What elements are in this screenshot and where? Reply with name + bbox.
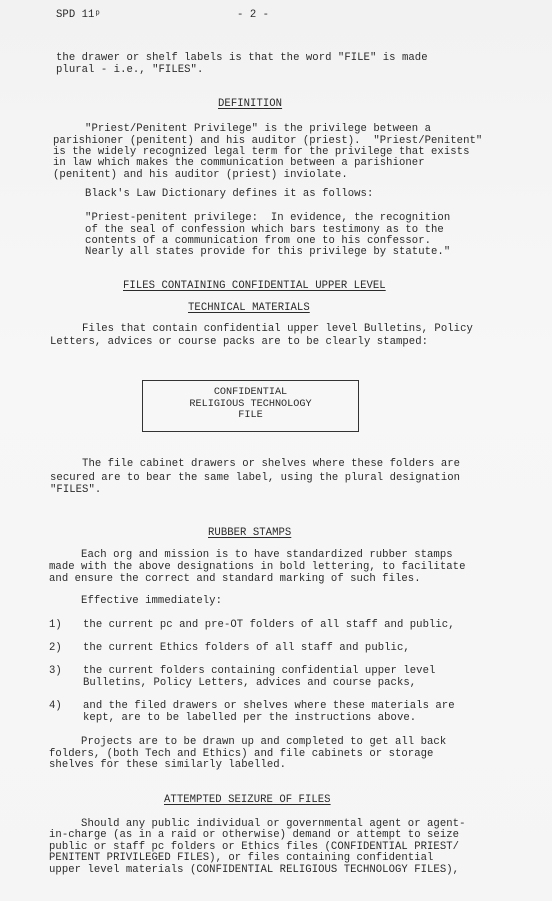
definition-para-line: in law which makes the communication bet… — [53, 158, 425, 170]
list-number: 2) — [49, 643, 62, 655]
list-item: the current folders containing confident… — [83, 666, 435, 678]
projects-para-line: Projects are to be drawn up and complete… — [49, 737, 446, 749]
seizure-para-line: PENITENT PRIVILEGED FILES), or files con… — [49, 853, 433, 865]
list-item: the current pc and pre-OT folders of all… — [83, 620, 455, 632]
definition-dictionary-intro: Black's Law Dictionary defines it as fol… — [53, 189, 373, 201]
technical-materials-heading: TECHNICAL MATERIALS — [188, 303, 310, 315]
effective-immediately: Effective immediately: — [49, 596, 222, 608]
list-number: 4) — [49, 701, 62, 713]
intro-line: plural - i.e., "FILES". — [56, 65, 203, 77]
page-number: - 2 - — [237, 10, 269, 22]
rubber-stamps-para-line: made with the above designations in bold… — [49, 562, 465, 574]
confidential-stamp-box: CONFIDENTIAL RELIGIOUS TECHNOLOGY FILE — [142, 380, 359, 432]
files-para-line: Letters, advices or course packs are to … — [50, 337, 428, 349]
definition-para-line: (penitent) and his auditor (priest) invi… — [53, 170, 348, 182]
list-item: Bulletins, Policy Letters, advices and c… — [83, 678, 416, 690]
stamp-line: CONFIDENTIAL — [143, 387, 358, 399]
stamp-line: RELIGIOUS TECHNOLOGY — [143, 399, 358, 411]
files-para-line: Files that contain confidential upper le… — [50, 324, 473, 336]
document-page: SPD 11ᵖ - 2 - the drawer or shelf labels… — [0, 0, 552, 901]
definition-heading: DEFINITION — [218, 99, 282, 111]
rubber-stamps-para-line: Each org and mission is to have standard… — [49, 550, 453, 562]
files-heading: FILES CONTAINING CONFIDENTIAL UPPER LEVE… — [123, 281, 386, 293]
rubber-stamps-heading: RUBBER STAMPS — [208, 528, 291, 540]
list-item: the current Ethics folders of all staff … — [83, 643, 410, 655]
rubber-stamps-para-line: and ensure the correct and standard mark… — [49, 574, 421, 586]
stamp-line: FILE — [143, 410, 358, 422]
quote-line: Nearly all states provide for this privi… — [53, 247, 450, 259]
seizure-para-line: upper level materials (CONFIDENTIAL RELI… — [49, 865, 459, 877]
seizure-para-line: in-charge (as in a raid or otherwise) de… — [49, 830, 459, 842]
files-para2-line: The file cabinet drawers or shelves wher… — [50, 459, 460, 471]
files-para2-line: "FILES". — [50, 485, 101, 497]
files-para2-line: secured are to bear the same label, usin… — [50, 473, 460, 485]
list-number: 1) — [49, 620, 62, 632]
quote-line: "Priest-penitent privilege: In evidence,… — [53, 213, 450, 225]
intro-line: the drawer or shelf labels is that the w… — [56, 53, 428, 65]
document-id: SPD 11ᵖ — [56, 10, 101, 22]
projects-para-line: shelves for these similarly labelled. — [49, 760, 286, 772]
list-item: and the filed drawers or shelves where t… — [83, 701, 455, 713]
definition-para-line: "Priest/Penitent Privilege" is the privi… — [53, 124, 431, 136]
list-number: 3) — [49, 666, 62, 678]
seizure-heading: ATTEMPTED SEIZURE OF FILES — [164, 795, 331, 807]
list-item: kept, are to be labelled per the instruc… — [83, 713, 416, 725]
